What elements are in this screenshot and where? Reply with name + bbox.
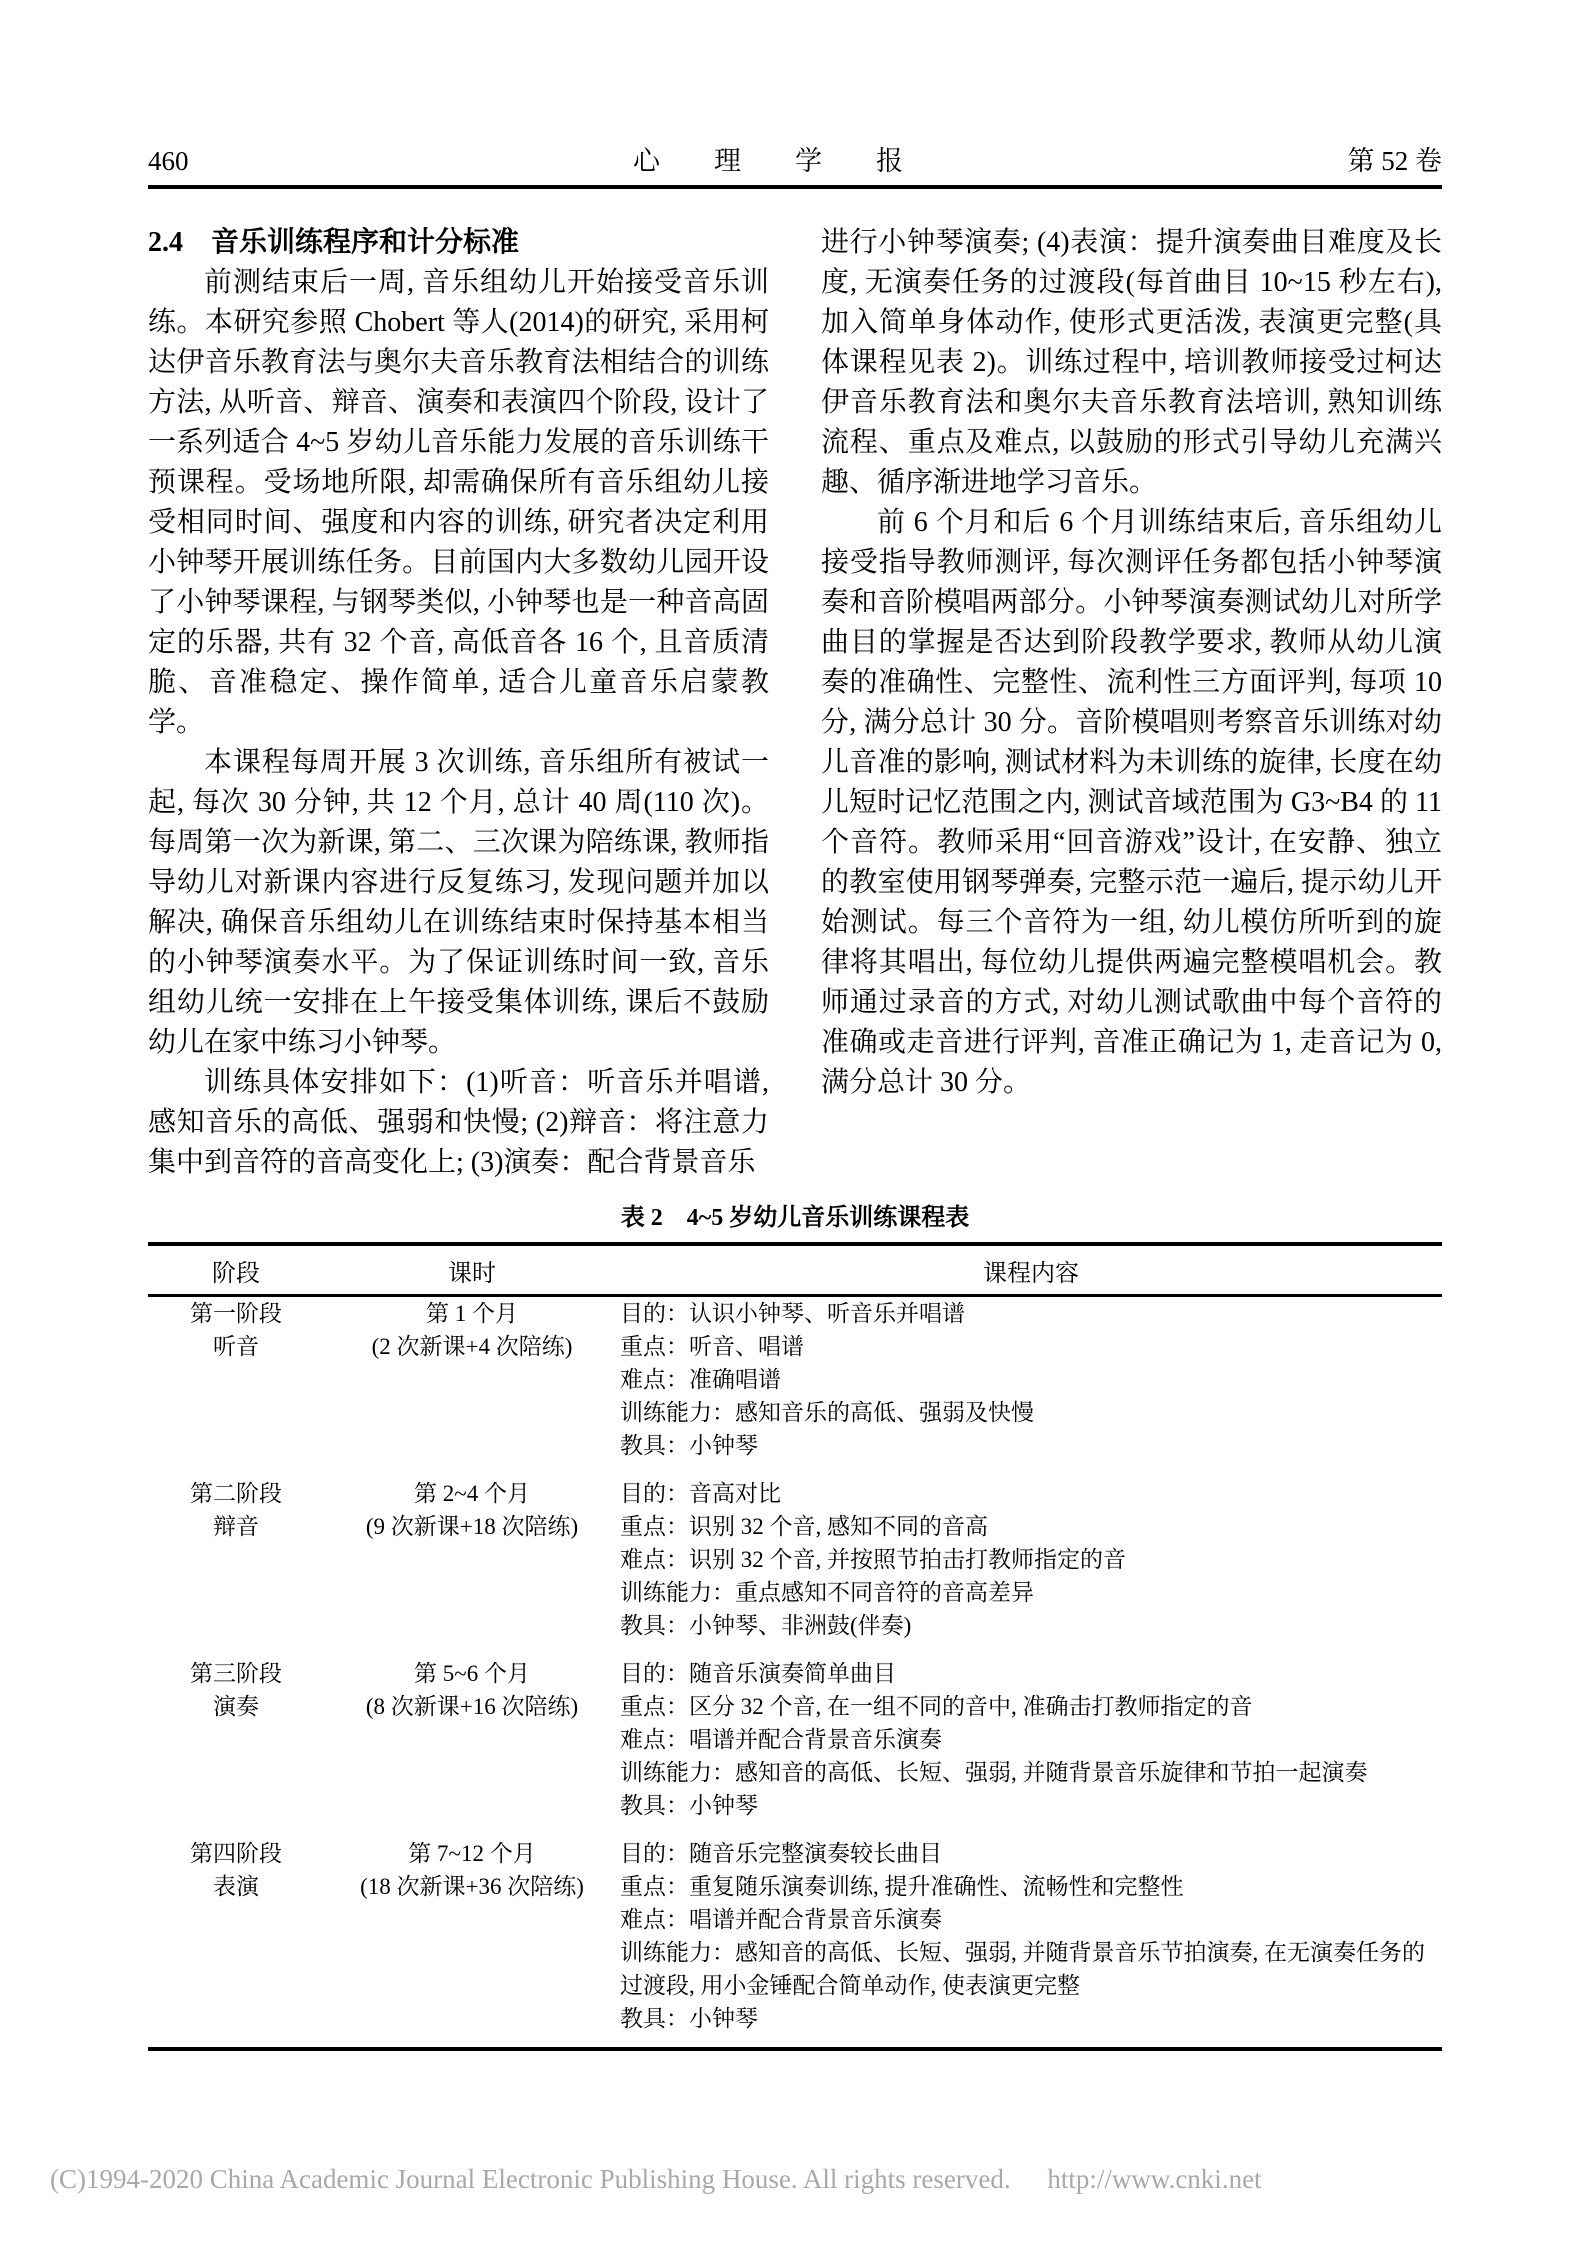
content-line: 目的：音高对比: [620, 1477, 1440, 1510]
right-column: 进行小钟琴演奏; (4)表演：提升演奏曲目难度及长度, 无演奏任务的过渡段(每首…: [821, 223, 1442, 1183]
table-body: 第一阶段 听音 第 1 个月 (2 次新课+4 次陪练) 目的：认识小钟琴、听音…: [148, 1297, 1442, 2047]
paragraph-continuation: 进行小钟琴演奏; (4)表演：提升演奏曲目难度及长度, 无演奏任务的过渡段(每首…: [821, 223, 1442, 503]
column-header-content: 课程内容: [620, 1253, 1442, 1288]
stage-name: 第二阶段: [148, 1477, 324, 1510]
table-row: 第二阶段 辩音 第 2~4 个月 (9 次新课+18 次陪练) 目的：音高对比 …: [148, 1477, 1442, 1642]
table-caption: 表 2 4~5 岁幼儿音乐训练课程表: [148, 1203, 1442, 1233]
stage-name: 第一阶段: [148, 1297, 324, 1330]
page-content: 460 心 理 学 报 第 52 卷 2.4 音乐训练程序和计分标准 前测结束后…: [0, 0, 1587, 2051]
copyright-text: (C)1994-2020 China Academic Journal Elec…: [50, 2164, 1011, 2194]
body-columns: 2.4 音乐训练程序和计分标准 前测结束后一周, 音乐组幼儿开始接受音乐训练。本…: [148, 223, 1442, 1183]
journal-title: 心 理 学 报: [633, 146, 903, 176]
table-row: 第一阶段 听音 第 1 个月 (2 次新课+4 次陪练) 目的：认识小钟琴、听音…: [148, 1297, 1442, 1462]
table-row: 第四阶段 表演 第 7~12 个月 (18 次新课+36 次陪练) 目的：随音乐…: [148, 1837, 1442, 2035]
content-line: 训练能力：重点感知不同音符的音高差异: [620, 1576, 1440, 1609]
left-column: 2.4 音乐训练程序和计分标准 前测结束后一周, 音乐组幼儿开始接受音乐训练。本…: [148, 223, 769, 1183]
content-line: 重点：听音、唱谱: [620, 1330, 1440, 1363]
paragraph: 前 6 个月和后 6 个月训练结束后, 音乐组幼儿接受指导教师测评, 每次测评任…: [821, 503, 1442, 1103]
paragraph: 本课程每周开展 3 次训练, 音乐组所有被试一起, 每次 30 分钟, 共 12…: [148, 743, 769, 1063]
duration-cell: 第 1 个月 (2 次新课+4 次陪练): [324, 1297, 620, 1462]
paragraph: 训练具体安排如下：(1)听音：听音乐并唱谱, 感知音乐的高低、强弱和快慢; (2…: [148, 1063, 769, 1183]
content-line: 难点：识别 32 个音, 并按照节拍击打教师指定的音: [620, 1543, 1440, 1576]
content-line: 难点：准确唱谱: [620, 1363, 1440, 1396]
stage-name: 第四阶段: [148, 1837, 324, 1870]
duration-cell: 第 2~4 个月 (9 次新课+18 次陪练): [324, 1477, 620, 1642]
running-head: 460 心 理 学 报 第 52 卷: [148, 146, 1442, 176]
sessions: (8 次新课+16 次陪练): [324, 1690, 620, 1723]
sessions: (2 次新课+4 次陪练): [324, 1330, 620, 1363]
content-line: 教具：小钟琴: [620, 2002, 1440, 2035]
duration-cell: 第 5~6 个月 (8 次新课+16 次陪练): [324, 1657, 620, 1822]
content-line: 训练能力：感知音的高低、长短、强弱, 并随背景音乐旋律和节拍一起演奏: [620, 1756, 1440, 1789]
content-line: 重点：重复随乐演奏训练, 提升准确性、流畅性和完整性: [620, 1870, 1440, 1903]
section-heading: 2.4 音乐训练程序和计分标准: [148, 223, 769, 263]
table-row: 第三阶段 演奏 第 5~6 个月 (8 次新课+16 次陪练) 目的：随音乐演奏…: [148, 1657, 1442, 1822]
page-number: 460: [148, 146, 189, 176]
content-line: 重点：区分 32 个音, 在一组不同的音中, 准确击打教师指定的音: [620, 1690, 1440, 1723]
copyright-footer: (C)1994-2020 China Academic Journal Elec…: [50, 2164, 1262, 2195]
duration: 第 5~6 个月: [324, 1657, 620, 1690]
content-cell: 目的：随音乐演奏简单曲目 重点：区分 32 个音, 在一组不同的音中, 准确击打…: [620, 1657, 1442, 1822]
column-header-duration: 课时: [324, 1253, 620, 1288]
duration: 第 2~4 个月: [324, 1477, 620, 1510]
content-line: 训练能力：感知音的高低、长短、强弱, 并随背景音乐节拍演奏, 在无演奏任务的过渡…: [620, 1936, 1440, 2002]
stage-skill: 听音: [148, 1330, 324, 1363]
content-line: 教具：小钟琴: [620, 1429, 1440, 1462]
paragraph: 前测结束后一周, 音乐组幼儿开始接受音乐训练。本研究参照 Chobert 等人(…: [148, 263, 769, 743]
content-line: 教具：小钟琴、非洲鼓(伴奏): [620, 1609, 1440, 1642]
content-line: 难点：唱谱并配合背景音乐演奏: [620, 1903, 1440, 1936]
stage-skill: 辩音: [148, 1510, 324, 1543]
stage-skill: 表演: [148, 1870, 324, 1903]
duration-cell: 第 7~12 个月 (18 次新课+36 次陪练): [324, 1837, 620, 2035]
stage-cell: 第四阶段 表演: [148, 1837, 324, 2035]
duration: 第 7~12 个月: [324, 1837, 620, 1870]
content-line: 目的：随音乐演奏简单曲目: [620, 1657, 1440, 1690]
content-line: 目的：随音乐完整演奏较长曲目: [620, 1837, 1440, 1870]
cnki-url: http://www.cnki.net: [1047, 2164, 1261, 2194]
content-line: 训练能力：感知音乐的高低、强弱及快慢: [620, 1396, 1440, 1429]
content-cell: 目的：随音乐完整演奏较长曲目 重点：重复随乐演奏训练, 提升准确性、流畅性和完整…: [620, 1837, 1442, 2035]
column-header-stage: 阶段: [148, 1253, 324, 1288]
stage-cell: 第一阶段 听音: [148, 1297, 324, 1462]
stage-name: 第三阶段: [148, 1657, 324, 1690]
table-bottom-rule: [148, 2047, 1442, 2051]
stage-skill: 演奏: [148, 1690, 324, 1723]
content-line: 目的：认识小钟琴、听音乐并唱谱: [620, 1297, 1440, 1330]
content-cell: 目的：音高对比 重点：识别 32 个音, 感知不同的音高 难点：识别 32 个音…: [620, 1477, 1442, 1642]
content-line: 教具：小钟琴: [620, 1789, 1440, 1822]
content-line: 重点：识别 32 个音, 感知不同的音高: [620, 1510, 1440, 1543]
sessions: (9 次新课+18 次陪练): [324, 1510, 620, 1543]
stage-cell: 第三阶段 演奏: [148, 1657, 324, 1822]
content-line: 难点：唱谱并配合背景音乐演奏: [620, 1723, 1440, 1756]
sessions: (18 次新课+36 次陪练): [324, 1870, 620, 1903]
table-header-row: 阶段 课时 课程内容: [148, 1246, 1442, 1294]
volume-label: 第 52 卷: [1348, 146, 1443, 176]
header-rule: [148, 185, 1442, 189]
journal-page: 460 心 理 学 报 第 52 卷 2.4 音乐训练程序和计分标准 前测结束后…: [0, 0, 1587, 2245]
duration: 第 1 个月: [324, 1297, 620, 1330]
content-cell: 目的：认识小钟琴、听音乐并唱谱 重点：听音、唱谱 难点：准确唱谱 训练能力：感知…: [620, 1297, 1442, 1462]
stage-cell: 第二阶段 辩音: [148, 1477, 324, 1642]
